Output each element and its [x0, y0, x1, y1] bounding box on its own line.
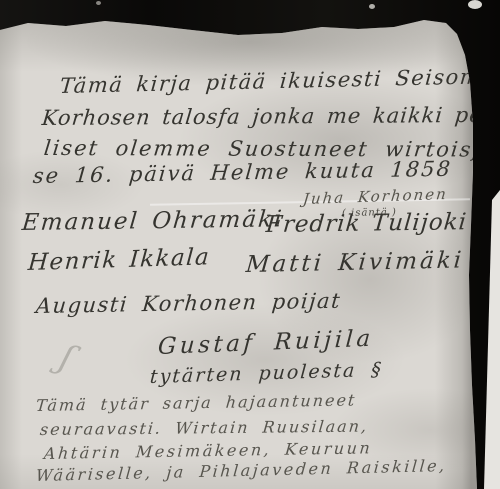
manuscript-photo: ʃ Tämä kirja pitää ikuisesti Seisoman Ko…	[0, 0, 500, 489]
signature-fredrik-tulijoki: Fredrik Tulijoki	[265, 209, 468, 238]
body-line-4: se 16. päivä Helme kuuta 1858	[32, 157, 453, 188]
faint-pencil-mark: ʃ	[54, 338, 79, 377]
body-line-2: Korhosen talosfa jonka me kaikki peri	[41, 103, 500, 130]
signature-gustaf-ruijila: Gustaf Ruijila	[157, 326, 374, 360]
signature-juha-korhonen: Juha Korhonen	[302, 185, 449, 208]
adjacent-page-edge	[480, 190, 500, 489]
line-tytarten-puolesta: tytärten puolesta §	[149, 359, 383, 388]
footnote-line-2: seuraavasti. Wirtain Ruusilaan,	[39, 417, 369, 439]
paper-speck	[96, 1, 101, 5]
footnote-line-1: Tämä tytär sarja hajaantuneet	[35, 390, 357, 415]
manuscript-page: ʃ Tämä kirja pitää ikuisesti Seisoman Ko…	[0, 0, 500, 489]
line-augusti-korhonen-poijat: Augusti Korhonen poijat	[35, 289, 342, 318]
signature-emanuel-ohramaki: Emanuel Ohramäki	[21, 206, 285, 236]
paper-speck	[369, 4, 375, 9]
signature-henrik-ikkala: Henrik Ikkala	[27, 244, 211, 276]
paper-speck	[468, 0, 482, 9]
signature-matti-kivimaki: Matti Kivimäki	[245, 247, 465, 278]
body-line-1: Tämä kirja pitää ikuisesti Seisoman	[59, 64, 500, 98]
